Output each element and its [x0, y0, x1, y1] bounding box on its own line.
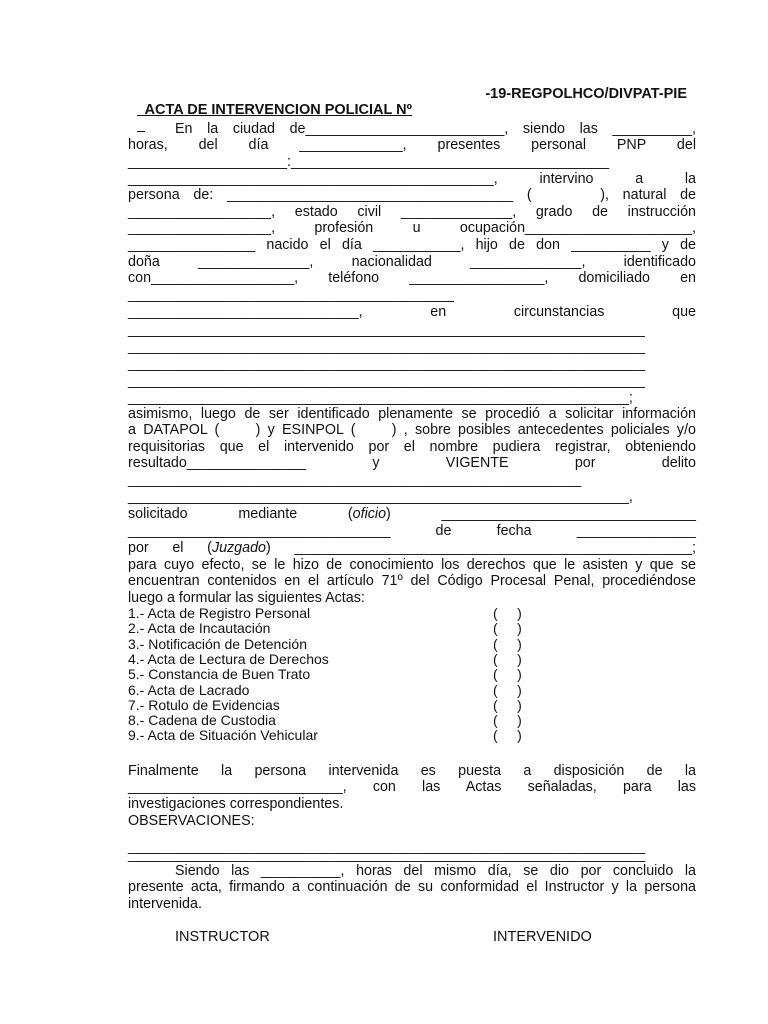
acta-item: 4.- Acta de Lectura de Derechos( ) [128, 652, 538, 667]
acta-item: 1.- Acta de Registro Personal( ) [128, 606, 538, 621]
text-line: ________________________________________… [128, 171, 696, 187]
text-line: _____________________________, en circun… [128, 304, 696, 320]
acta-label: 8.- Cadena de Custodia [128, 712, 276, 728]
text-line: __________________, profesión u ocupació… [128, 220, 696, 236]
text-line: ________________ nacido el día _________… [128, 237, 696, 253]
text-line: ________________________________________… [128, 472, 628, 488]
text-line: intervenida. [128, 896, 696, 912]
text-line: ________________________________________… [128, 373, 696, 389]
text-line: ___________________________, con las Act… [128, 779, 696, 795]
acta-checkbox[interactable]: ( ) [493, 652, 522, 667]
acta-label: 1.- Acta de Registro Personal [128, 605, 310, 621]
text-line: ________________________________________… [128, 489, 673, 505]
text-line: luego a formular las siguientes Actas: [128, 590, 696, 606]
text-line: requisitorias que el intervenido por el … [128, 439, 696, 455]
text-line: con__________________, teléfono ________… [128, 270, 696, 286]
text-line: doña ______________, nacionalidad ______… [128, 254, 696, 270]
acta-label: 3.- Notificación de Detención [128, 636, 307, 652]
text-line: resultado_______________ y VIGENTE por d… [128, 455, 696, 471]
acta-label: 6.- Acta de Lacrado [128, 682, 249, 698]
text-line: asimismo, luego de ser identificado plen… [128, 406, 696, 422]
acta-checkbox[interactable]: ( ) [493, 728, 522, 743]
text-line: En la ciudad de_________________________… [128, 121, 696, 137]
text-line: OBSERVACIONES: [128, 813, 696, 829]
text-line: presente acta, firmando a continuación d… [128, 879, 696, 895]
text-line: Finalmente la persona intervenida es pue… [128, 763, 696, 779]
text-line: _________________________________ de fec… [128, 523, 696, 539]
acta-checkbox[interactable]: ( ) [493, 683, 522, 698]
acta-item: 3.- Notificación de Detención( ) [128, 637, 538, 652]
acta-checkbox[interactable]: ( ) [493, 667, 522, 682]
acta-label: 9.- Acta de Situación Vehicular [128, 727, 318, 743]
text-line: persona de: ____________________________… [128, 187, 696, 203]
text-line: ________________________________________… [128, 356, 696, 372]
acta-item: 7.- Rotulo de Evidencias( ) [128, 698, 538, 713]
signature-instructor: INSTRUCTOR [175, 929, 270, 945]
text-line: ________________________________________… [128, 339, 696, 355]
acta-checkbox[interactable]: ( ) [493, 698, 522, 713]
title-right: -19-REGPOLHCO/DIVPAT-PIE [485, 86, 687, 102]
signature-intervenido: INTERVENIDO [493, 929, 592, 945]
acta-item: 8.- Cadena de Custodia( ) [128, 713, 538, 728]
acta-item: 6.- Acta de Lacrado( ) [128, 683, 538, 698]
acta-checkbox[interactable]: ( ) [493, 713, 522, 728]
acta-item: 9.- Acta de Situación Vehicular( ) [128, 728, 538, 743]
acta-checkbox[interactable]: ( ) [493, 637, 522, 652]
text-line: ________________________________________… [128, 390, 664, 406]
text-line: encuentran contenidos en el artículo 71º… [128, 573, 696, 589]
text-line: Siendo las __________, horas del mismo d… [128, 863, 696, 879]
text-line: ________________________________________… [128, 287, 448, 303]
text-line: investigaciones correspondientes. [128, 796, 696, 812]
text-line: solicitado mediante (oficio) ___________… [128, 506, 696, 522]
acta-item: 5.- Constancia de Buen Trato( ) [128, 667, 538, 682]
acta-checkbox[interactable]: ( ) [493, 621, 522, 636]
title-left: ACTA DE INTERVENCION POLICIAL Nº [145, 102, 412, 118]
acta-item: 2.- Acta de Incautación( ) [128, 621, 538, 636]
text-line: ________________________________________… [128, 847, 688, 863]
text-line: __________________, estado civil _______… [128, 204, 696, 220]
acta-checkbox[interactable]: ( ) [493, 606, 522, 621]
text-line: horas, del día _____________, presentes … [128, 137, 696, 153]
text-line: ____________________:___________________… [128, 154, 696, 170]
acta-label: 4.- Acta de Lectura de Derechos [128, 651, 329, 667]
acta-label: 7.- Rotulo de Evidencias [128, 697, 280, 713]
text-line: para cuyo efecto, se le hizo de conocimi… [128, 557, 696, 573]
text-line: a DATAPOL ( ) y ESINPOL ( ) , sobre posi… [128, 422, 696, 438]
text-line: por el (Juzgado) _______________________… [128, 540, 696, 556]
acta-label: 2.- Acta de Incautación [128, 620, 270, 636]
text-line: ________________________________________… [128, 322, 696, 338]
acta-label: 5.- Constancia de Buen Trato [128, 666, 310, 682]
